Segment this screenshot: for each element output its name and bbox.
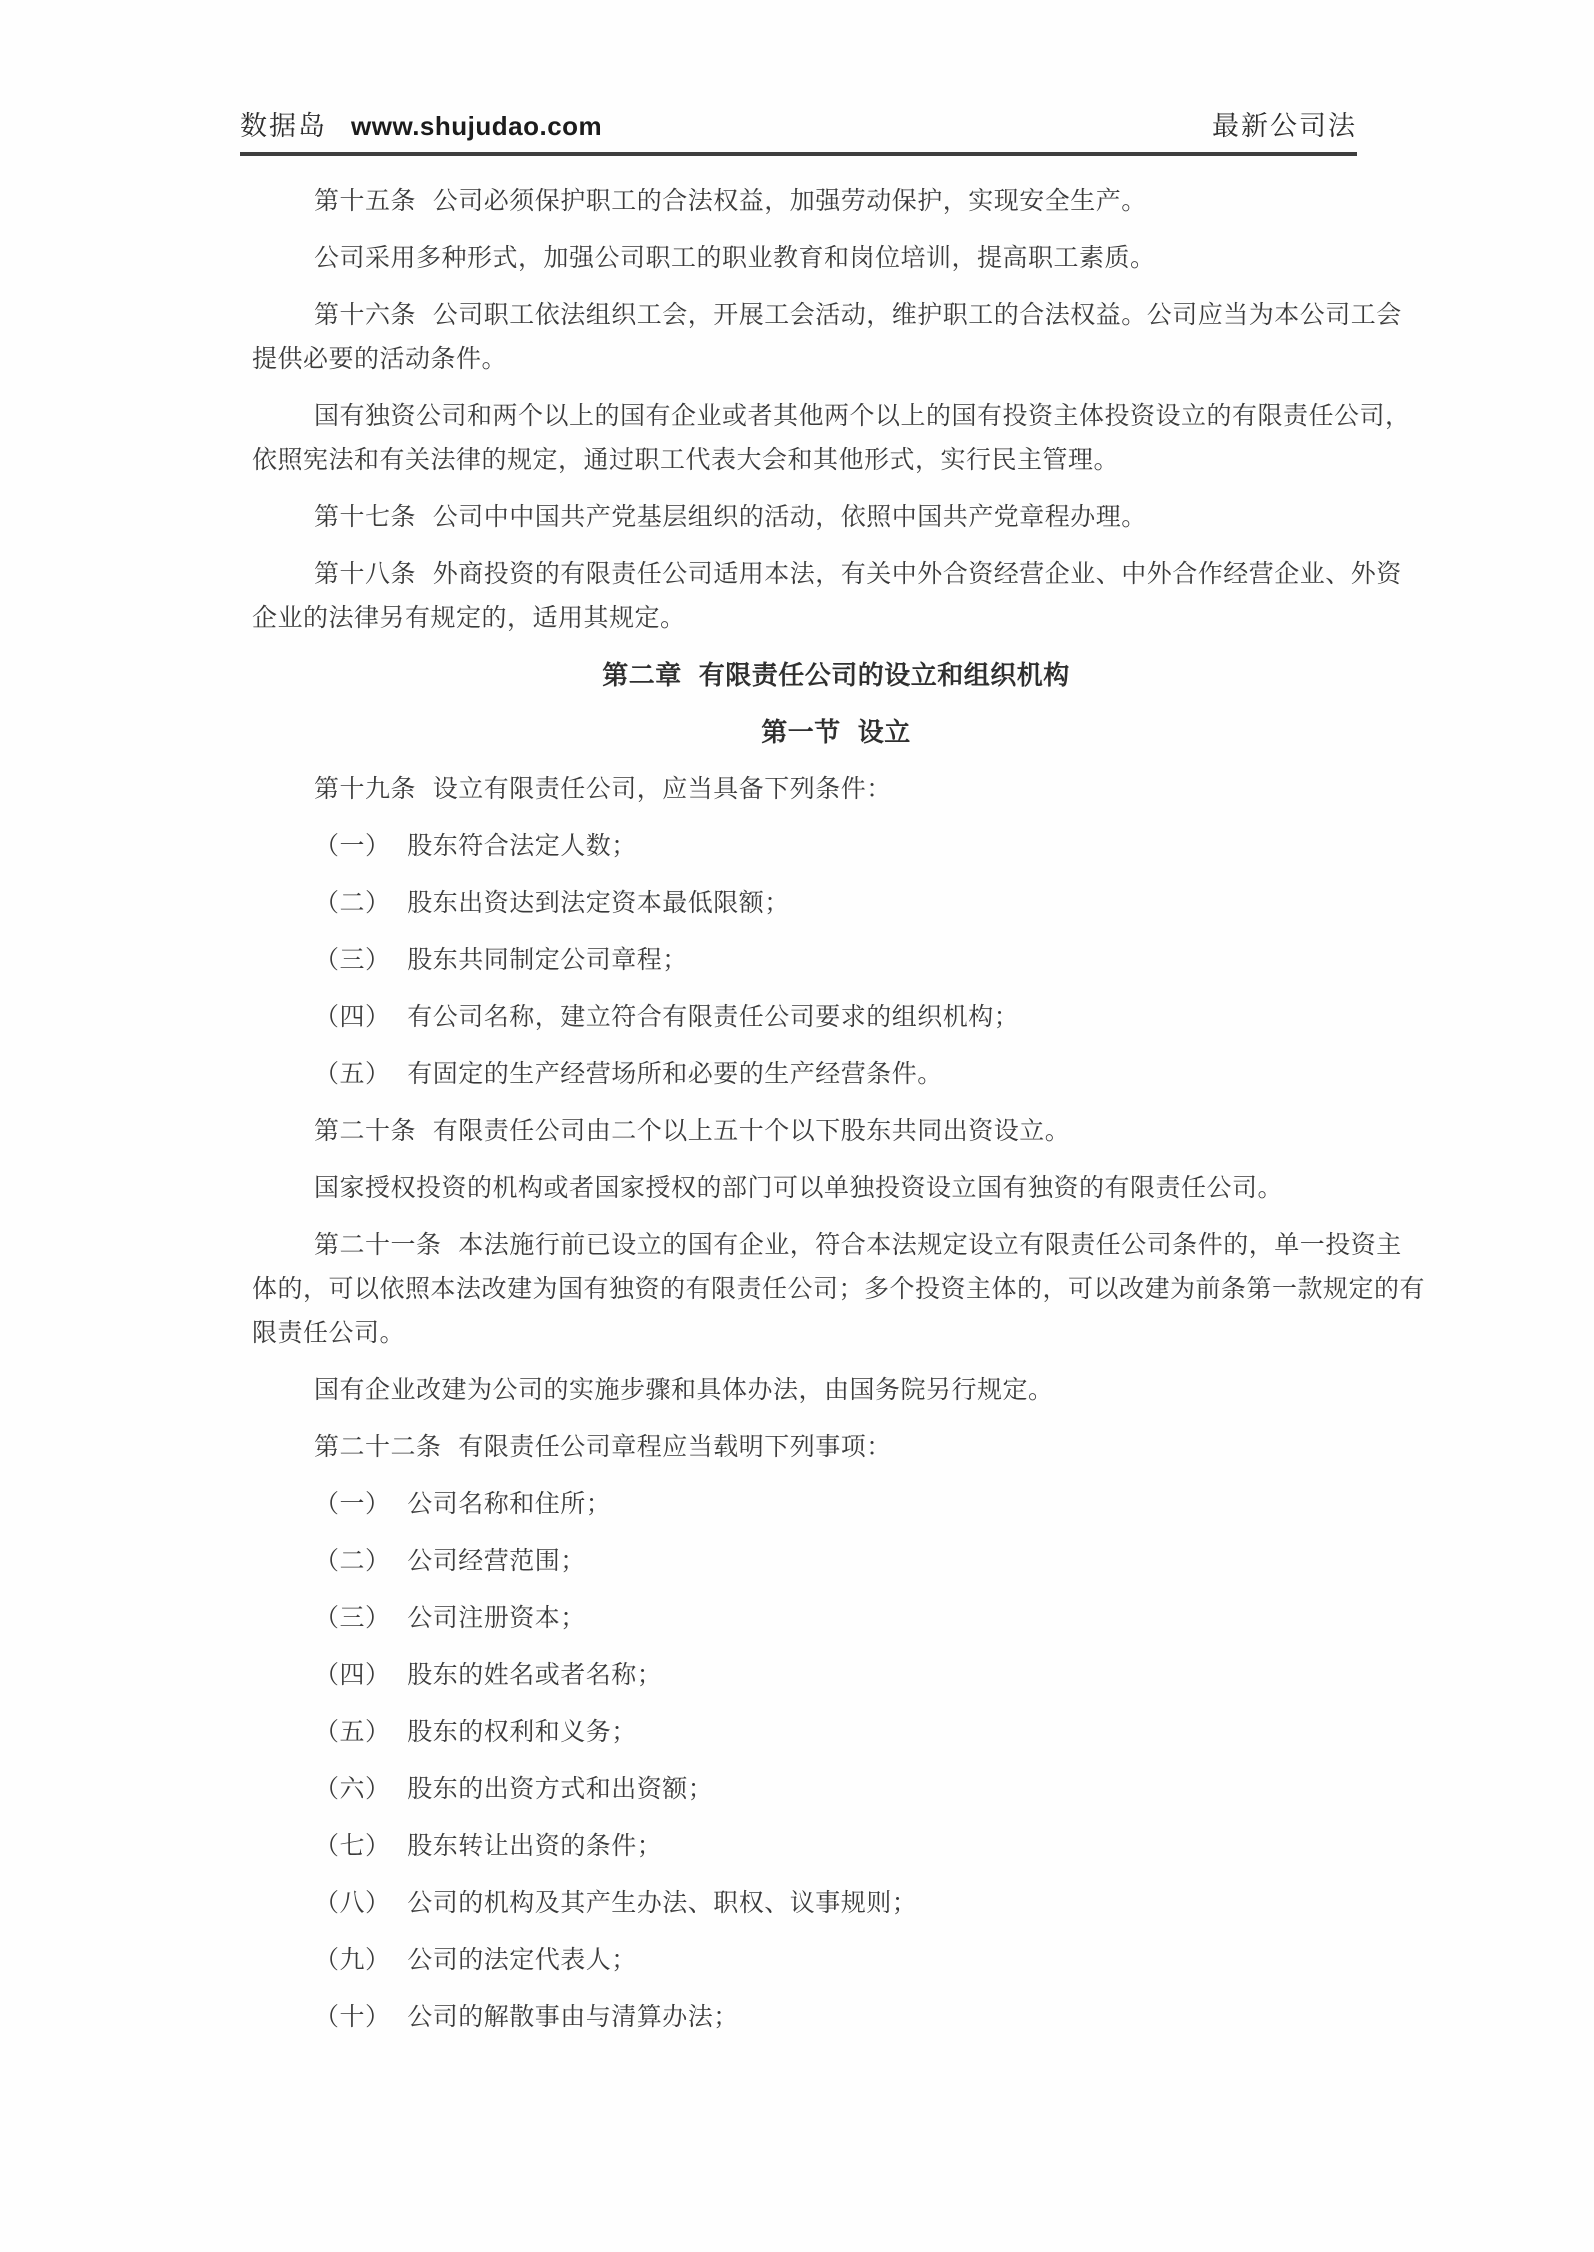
section-heading: 第一节 设立 xyxy=(252,711,1420,755)
article-paragraph: 第十九条 设立有限责任公司，应当具备下列条件： xyxy=(252,768,1420,812)
text-line: 第一节 设立 xyxy=(252,711,1420,755)
article-paragraph: 国有独资公司和两个以上的国有企业或者其他两个以上的国有投资主体投资设立的有限责任… xyxy=(252,395,1420,483)
article-paragraph: 国有企业改建为公司的实施步骤和具体办法，由国务院另行规定。 xyxy=(252,1369,1420,1413)
list-item: （二） 公司经营范围； xyxy=(252,1540,1420,1584)
text-line: 企业的法律另有规定的，适用其规定。 xyxy=(252,597,1420,641)
list-item: （三） 股东共同制定公司章程； xyxy=(252,939,1420,983)
text-line: （七） 股东转让出资的条件； xyxy=(252,1825,1420,1869)
article-paragraph: 第二十一条 本法施行前已设立的国有企业，符合本法规定设立有限责任公司条件的，单一… xyxy=(252,1224,1420,1356)
text-line: 第二章 有限责任公司的设立和组织机构 xyxy=(252,654,1420,698)
text-line: （二） 公司经营范围； xyxy=(252,1540,1420,1584)
text-line: 限责任公司。 xyxy=(252,1312,1420,1356)
text-line: 国有独资公司和两个以上的国有企业或者其他两个以上的国有投资主体投资设立的有限责任… xyxy=(252,395,1420,439)
text-line: 依照宪法和有关法律的规定，通过职工代表大会和其他形式，实行民主管理。 xyxy=(252,439,1420,483)
article-paragraph: 国家授权投资的机构或者国家授权的部门可以单独投资设立国有独资的有限责任公司。 xyxy=(252,1167,1420,1211)
list-item: （四） 股东的姓名或者名称； xyxy=(252,1654,1420,1698)
text-line: （三） 股东共同制定公司章程； xyxy=(252,939,1420,983)
site-name: 数据岛 xyxy=(240,104,327,143)
text-line: 第二十二条 有限责任公司章程应当载明下列事项： xyxy=(252,1426,1420,1470)
list-item: （五） 股东的权利和义务； xyxy=(252,1711,1420,1755)
list-item: （八） 公司的机构及其产生办法、职权、议事规则； xyxy=(252,1882,1420,1926)
text-line: （一） 公司名称和住所； xyxy=(252,1483,1420,1527)
text-line: 体的，可以依照本法改建为国有独资的有限责任公司；多个投资主体的，可以改建为前条第… xyxy=(252,1268,1420,1312)
list-item: （三） 公司注册资本； xyxy=(252,1597,1420,1641)
text-line: 第十五条 公司必须保护职工的合法权益，加强劳动保护，实现安全生产。 xyxy=(252,180,1420,224)
chapter-heading: 第二章 有限责任公司的设立和组织机构 xyxy=(252,654,1420,698)
article-paragraph: 第十八条 外商投资的有限责任公司适用本法，有关中外合资经营企业、中外合作经营企业… xyxy=(252,553,1420,641)
article-paragraph: 第二十条 有限责任公司由二个以上五十个以下股东共同出资设立。 xyxy=(252,1110,1420,1154)
text-line: 第十九条 设立有限责任公司，应当具备下列条件： xyxy=(252,768,1420,812)
list-item: （九） 公司的法定代表人； xyxy=(252,1939,1420,1983)
text-line: 第二十条 有限责任公司由二个以上五十个以下股东共同出资设立。 xyxy=(252,1110,1420,1154)
list-item: （二） 股东出资达到法定资本最低限额； xyxy=(252,882,1420,926)
text-line: （四） 有公司名称，建立符合有限责任公司要求的组织机构； xyxy=(252,996,1420,1040)
text-line: 第十八条 外商投资的有限责任公司适用本法，有关中外合资经营企业、中外合作经营企业… xyxy=(252,553,1420,597)
text-line: 国有企业改建为公司的实施步骤和具体办法，由国务院另行规定。 xyxy=(252,1369,1420,1413)
text-line: 第二十一条 本法施行前已设立的国有企业，符合本法规定设立有限责任公司条件的，单一… xyxy=(252,1224,1420,1268)
text-line: （八） 公司的机构及其产生办法、职权、议事规则； xyxy=(252,1882,1420,1926)
list-item: （四） 有公司名称，建立符合有限责任公司要求的组织机构； xyxy=(252,996,1420,1040)
text-line: （九） 公司的法定代表人； xyxy=(252,1939,1420,1983)
article-paragraph: 第十六条 公司职工依法组织工会，开展工会活动，维护职工的合法权益。公司应当为本公… xyxy=(252,294,1420,382)
list-item: （五） 有固定的生产经营场所和必要的生产经营条件。 xyxy=(252,1053,1420,1097)
article-paragraph: 第十七条 公司中中国共产党基层组织的活动，依照中国共产党章程办理。 xyxy=(252,496,1420,540)
text-line: 第十六条 公司职工依法组织工会，开展工会活动，维护职工的合法权益。公司应当为本公… xyxy=(252,294,1420,338)
text-line: （五） 有固定的生产经营场所和必要的生产经营条件。 xyxy=(252,1053,1420,1097)
list-item: （六） 股东的出资方式和出资额； xyxy=(252,1768,1420,1812)
site-url: www.shujudao.com xyxy=(351,111,602,142)
text-line: 第十七条 公司中中国共产党基层组织的活动，依照中国共产党章程办理。 xyxy=(252,496,1420,540)
document-page: 数据岛 www.shujudao.com 最新公司法 第十五条 公司必须保护职工… xyxy=(0,0,1594,2252)
list-item: （七） 股东转让出资的条件； xyxy=(252,1825,1420,1869)
text-line: （三） 公司注册资本； xyxy=(252,1597,1420,1641)
text-line: （五） 股东的权利和义务； xyxy=(252,1711,1420,1755)
text-line: （二） 股东出资达到法定资本最低限额； xyxy=(252,882,1420,926)
list-item: （十） 公司的解散事由与清算办法； xyxy=(252,1996,1420,2040)
article-paragraph: 第二十二条 有限责任公司章程应当载明下列事项： xyxy=(252,1426,1420,1470)
text-line: （六） 股东的出资方式和出资额； xyxy=(252,1768,1420,1812)
page-header: 数据岛 www.shujudao.com 最新公司法 xyxy=(240,104,1357,156)
text-line: （四） 股东的姓名或者名称； xyxy=(252,1654,1420,1698)
text-line: 公司采用多种形式，加强公司职工的职业教育和岗位培训，提高职工素质。 xyxy=(252,237,1420,281)
article-paragraph: 第十五条 公司必须保护职工的合法权益，加强劳动保护，实现安全生产。 xyxy=(252,180,1420,224)
text-line: 提供必要的活动条件。 xyxy=(252,338,1420,382)
document-title: 最新公司法 xyxy=(1212,104,1357,143)
article-paragraph: 公司采用多种形式，加强公司职工的职业教育和岗位培训，提高职工素质。 xyxy=(252,237,1420,281)
document-body: 第十五条 公司必须保护职工的合法权益，加强劳动保护，实现安全生产。公司采用多种形… xyxy=(252,180,1420,2053)
text-line: （十） 公司的解散事由与清算办法； xyxy=(252,1996,1420,2040)
text-line: （一） 股东符合法定人数； xyxy=(252,825,1420,869)
text-line: 国家授权投资的机构或者国家授权的部门可以单独投资设立国有独资的有限责任公司。 xyxy=(252,1167,1420,1211)
list-item: （一） 股东符合法定人数； xyxy=(252,825,1420,869)
list-item: （一） 公司名称和住所； xyxy=(252,1483,1420,1527)
